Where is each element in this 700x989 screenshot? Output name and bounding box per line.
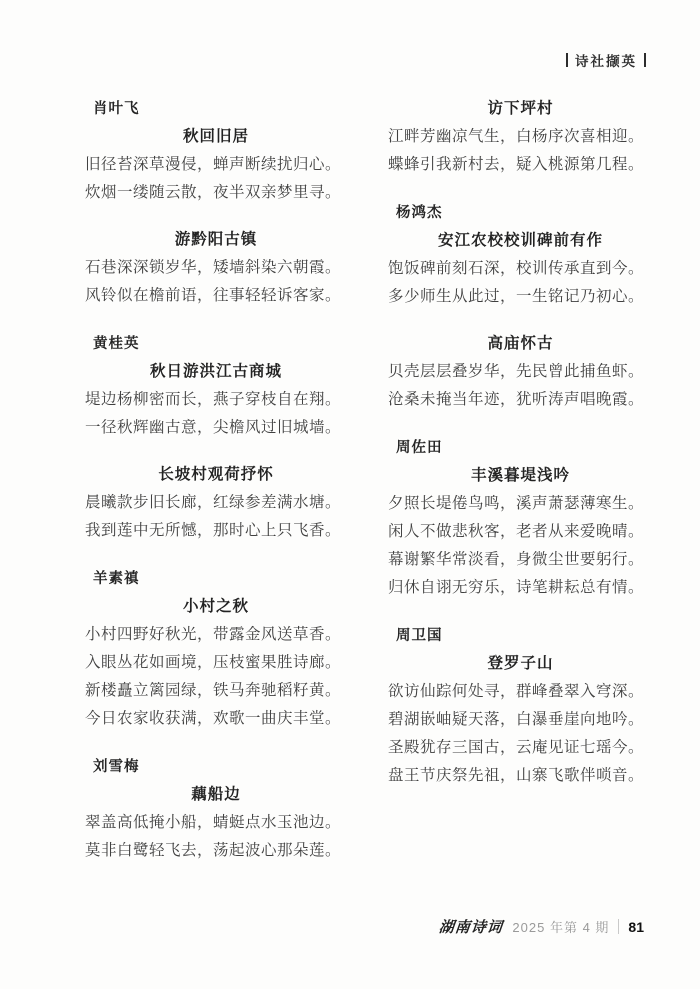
footer-divider — [618, 919, 619, 934]
poet-name: 周佐田 — [388, 434, 653, 462]
poem-line: 入眼丛花如画境，压枝蜜果胜诗廊。 — [85, 649, 347, 677]
poet-name: 周卫国 — [388, 622, 653, 650]
poem-title: 秋回旧居 — [85, 123, 347, 151]
author-block: 羊素禛小村之秋小村四野好秋光，带露金风送草香。入眼丛花如画境，压枝蜜果胜诗廊。新… — [85, 565, 347, 733]
poem-title: 游黔阳古镇 — [85, 226, 347, 254]
author-block: 杨鸿杰安江农校校训碑前有作饱饭碑前刻石深，校训传承直到今。多少师生从此过，一生铭… — [388, 199, 653, 414]
poem: 藕船边翠盖高低掩小船，蜻蜓点水玉池边。莫非白鹭轻飞去，荡起波心那朵莲。 — [85, 781, 347, 865]
poem-line: 我到莲中无所憾，那时心上只飞香。 — [85, 517, 347, 545]
header-right-bar — [644, 53, 646, 67]
author-block: 周佐田丰溪暮堤浅吟夕照长堤倦鸟鸣，溪声萧瑟薄寒生。闲人不做悲秋客，老者从来爱晚晴… — [388, 434, 653, 602]
page-number: 81 — [628, 919, 644, 935]
poet-name: 杨鸿杰 — [388, 199, 653, 227]
poem-line: 圣殿犹存三国古，云庵见证七瑶今。 — [388, 734, 653, 762]
author-block: 黄桂英秋日游洪江古商城堤边杨柳密而长，燕子穿枝自在翔。一径秋辉幽古意，尖檐风过旧… — [85, 330, 347, 545]
poem-line: 江畔芳幽凉气生，白杨序次喜相迎。 — [388, 123, 653, 151]
author-block: 访下坪村江畔芳幽凉气生，白杨序次喜相迎。蝶蜂引我新村去，疑入桃源第几程。 — [388, 95, 653, 179]
poem-line: 碧湖嵌岫疑天落，白瀑垂崖向地吟。 — [388, 706, 653, 734]
author-block: 刘雪梅藕船边翠盖高低掩小船，蜻蜓点水玉池边。莫非白鹭轻飞去，荡起波心那朵莲。 — [85, 753, 347, 865]
poem-title: 丰溪暮堤浅吟 — [388, 462, 653, 490]
poem-title: 长坡村观荷抒怀 — [85, 461, 347, 489]
poem: 游黔阳古镇石巷深深锁岁华，矮墙斜染六朝霞。风铃似在檐前语，往事轻轻诉客家。 — [85, 226, 347, 310]
poem-title: 高庙怀古 — [388, 330, 653, 358]
poem-line: 堤边杨柳密而长，燕子穿枝自在翔。 — [85, 386, 347, 414]
page-footer: 湖南诗词 2025 年第 4 期 81 — [439, 916, 644, 937]
poem-title: 秋日游洪江古商城 — [85, 358, 347, 386]
poem-line: 翠盖高低掩小船，蜻蜓点水玉池边。 — [85, 809, 347, 837]
header-left-bar — [566, 53, 568, 67]
poem: 秋日游洪江古商城堤边杨柳密而长，燕子穿枝自在翔。一径秋辉幽古意，尖檐风过旧城墙。 — [85, 358, 347, 442]
poet-name: 刘雪梅 — [85, 753, 347, 781]
journal-name: 湖南诗词 — [438, 916, 504, 937]
poem-title: 藕船边 — [85, 781, 347, 809]
poem-title: 安江农校校训碑前有作 — [388, 227, 653, 255]
poem: 秋回旧居旧径苔深草漫侵，蝉声断续扰归心。炊烟一缕随云散，夜半双亲梦里寻。 — [85, 123, 347, 207]
poem-line: 归休自诩无穷乐，诗笔耕耘总有情。 — [388, 574, 653, 602]
poem: 访下坪村江畔芳幽凉气生，白杨序次喜相迎。蝶蜂引我新村去，疑入桃源第几程。 — [388, 95, 653, 179]
poem-line: 多少师生从此过，一生铭记乃初心。 — [388, 283, 653, 311]
section-title: 诗社撷英 — [575, 50, 637, 70]
poem-line: 新楼矗立篱园绿，铁马奔驰稻籽黄。 — [85, 677, 347, 705]
poem-line: 蝶蜂引我新村去，疑入桃源第几程。 — [388, 151, 653, 179]
magazine-page: 诗社撷英 肖叶飞秋回旧居旧径苔深草漫侵，蝉声断续扰归心。炊烟一缕随云散，夜半双亲… — [0, 0, 700, 989]
poet-name: 黄桂英 — [85, 330, 347, 358]
poem-line: 小村四野好秋光，带露金风送草香。 — [85, 621, 347, 649]
poem: 丰溪暮堤浅吟夕照长堤倦鸟鸣，溪声萧瑟薄寒生。闲人不做悲秋客，老者从来爱晚晴。幕谢… — [388, 462, 653, 602]
poem-title: 小村之秋 — [85, 593, 347, 621]
poem-line: 贝壳层层叠岁华，先民曾此捕鱼虾。 — [388, 358, 653, 386]
poem-line: 幕谢繁华常淡看，身微尘世要躬行。 — [388, 546, 653, 574]
poet-name: 肖叶飞 — [85, 95, 347, 123]
poem-line: 沧桑未掩当年迹，犹听涛声唱晚霞。 — [388, 386, 653, 414]
poem-line: 风铃似在檐前语，往事轻轻诉客家。 — [85, 282, 347, 310]
poem: 长坡村观荷抒怀晨曦款步旧长廊，红绿参差满水塘。我到莲中无所憾，那时心上只飞香。 — [85, 461, 347, 545]
poem-line: 饱饭碑前刻石深，校训传承直到今。 — [388, 255, 653, 283]
poem-line: 旧径苔深草漫侵，蝉声断续扰归心。 — [85, 151, 347, 179]
author-block: 周卫国登罗子山欲访仙踪何处寻，群峰叠翠入穹深。碧湖嵌岫疑天落，白瀑垂崖向地吟。圣… — [388, 622, 653, 790]
poem: 安江农校校训碑前有作饱饭碑前刻石深，校训传承直到今。多少师生从此过，一生铭记乃初… — [388, 227, 653, 311]
poem: 小村之秋小村四野好秋光，带露金风送草香。入眼丛花如画境，压枝蜜果胜诗廊。新楼矗立… — [85, 593, 347, 733]
issue-label: 2025 年第 4 期 — [512, 917, 609, 936]
poem: 登罗子山欲访仙踪何处寻，群峰叠翠入穹深。碧湖嵌岫疑天落，白瀑垂崖向地吟。圣殿犹存… — [388, 650, 653, 790]
poem-title: 访下坪村 — [388, 95, 653, 123]
poem-line: 夕照长堤倦鸟鸣，溪声萧瑟薄寒生。 — [388, 490, 653, 518]
poem-column-left: 肖叶飞秋回旧居旧径苔深草漫侵，蝉声断续扰归心。炊烟一缕随云散，夜半双亲梦里寻。游… — [85, 95, 347, 865]
poem-line: 一径秋辉幽古意，尖檐风过旧城墙。 — [85, 414, 347, 442]
poem-line: 欲访仙踪何处寻，群峰叠翠入穹深。 — [388, 678, 653, 706]
poem-line: 闲人不做悲秋客，老者从来爱晚晴。 — [388, 518, 653, 546]
poem-title: 登罗子山 — [388, 650, 653, 678]
poem: 高庙怀古贝壳层层叠岁华，先民曾此捕鱼虾。沧桑未掩当年迹，犹听涛声唱晚霞。 — [388, 330, 653, 414]
author-block: 肖叶飞秋回旧居旧径苔深草漫侵，蝉声断续扰归心。炊烟一缕随云散，夜半双亲梦里寻。游… — [85, 95, 347, 310]
poem-line: 盘王节庆祭先祖，山寨飞歌伴唢音。 — [388, 762, 653, 790]
poet-name: 羊素禛 — [85, 565, 347, 593]
poem-line: 晨曦款步旧长廊，红绿参差满水塘。 — [85, 489, 347, 517]
poem-line: 今日农家收获满，欢歌一曲庆丰堂。 — [85, 705, 347, 733]
section-header: 诗社撷英 — [566, 50, 646, 70]
poem-line: 炊烟一缕随云散，夜半双亲梦里寻。 — [85, 179, 347, 207]
poem-line: 石巷深深锁岁华，矮墙斜染六朝霞。 — [85, 254, 347, 282]
poem-line: 莫非白鹭轻飞去，荡起波心那朵莲。 — [85, 837, 347, 865]
poem-column-right: 访下坪村江畔芳幽凉气生，白杨序次喜相迎。蝶蜂引我新村去，疑入桃源第几程。杨鸿杰安… — [388, 95, 653, 790]
